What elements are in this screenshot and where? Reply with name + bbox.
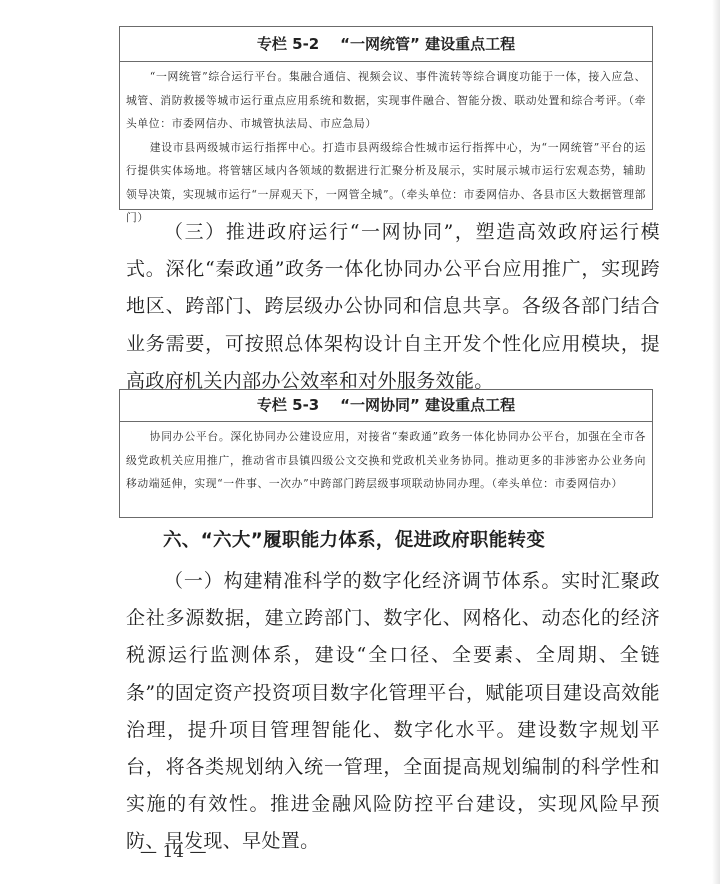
sidebar-box-5-3: 专栏 5-3 “一网协同” 建设重点工程 协同办公平台。深化协同办公建设应用，对… [119, 389, 653, 518]
box-title: 专栏 5-3 “一网协同” 建设重点工程 [120, 390, 652, 422]
chapter-6-paragraph: （一）构建精准科学的数字化经济调节体系。实时汇聚政企社多源数据，建立跨部门、数字… [126, 563, 660, 861]
box-body: 协同办公平台。深化协同办公建设应用，对接省“秦政通”政务一体化协同办公平台，加强… [120, 422, 652, 498]
page-edge-shadow [712, 0, 720, 884]
box-body: “一网统管”综合运行平台。集融合通信、视频会议、事件流转等综合调度功能于一体，接… [120, 62, 652, 232]
section-3-paragraph: （三）推进政府运行“一网协同”，塑造高效政府运行模式。深化“秦政通”政务一体化协… [126, 214, 660, 400]
page-number: — 14 — [140, 842, 206, 862]
chapter-6-heading: 六、“六大”履职能力体系，促进政府职能转变 [126, 527, 660, 555]
box-paragraph: “一网统管”综合运行平台。集融合通信、视频会议、事件流转等综合调度功能于一体，接… [126, 65, 646, 136]
box-title: 专栏 5-2 “一网统管” 建设重点工程 [120, 27, 652, 62]
sidebar-box-5-2: 专栏 5-2 “一网统管” 建设重点工程 “一网统管”综合运行平台。集融合通信、… [119, 26, 653, 210]
box-paragraph: 协同办公平台。深化协同办公建设应用，对接省“秦政通”政务一体化协同办公平台，加强… [126, 425, 646, 496]
